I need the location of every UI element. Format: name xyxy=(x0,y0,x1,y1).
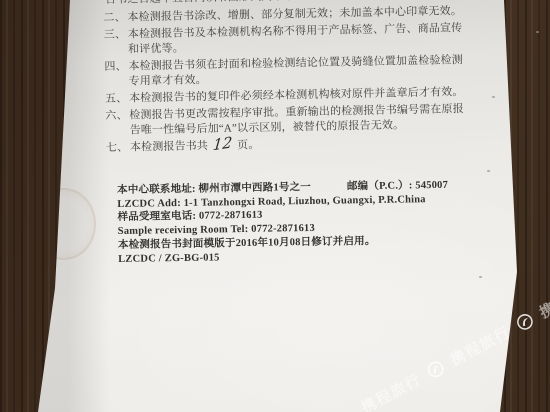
document-body: 告书之日起十五日内以书面形式向本中心质量管理科提出复核申请。 二、 本检测报告书… xyxy=(103,0,486,158)
photo-of-document: 告书之日起十五日内以书面形式向本中心质量管理科提出复核申请。 二、 本检测报告书… xyxy=(0,0,550,412)
item-number: 二、 xyxy=(103,11,127,27)
dust-speck xyxy=(479,276,482,278)
item-number: 五、 xyxy=(105,92,129,108)
dust-speck xyxy=(536,31,539,33)
item-number: 七、 xyxy=(106,141,130,157)
postcode: 邮编（P.C.）: 545007 xyxy=(347,180,448,193)
item-number: 三、 xyxy=(104,28,129,59)
ctrip-dolphin-logo-icon xyxy=(513,310,536,333)
address-cn: 本中心联系地址: 柳州市潭中西路1号之一 xyxy=(117,182,311,196)
contact-block: 本中心联系地址: 柳州市潭中西路1号之一邮编（P.C.）: 545007 LZC… xyxy=(117,178,478,266)
dust-speck xyxy=(492,96,495,98)
watermark-brand-text: 携程旅行 xyxy=(535,273,550,323)
item-text: 本检测报告书及本检测机构名称不得用于产品标签、广告、商品宣传和评优等。 xyxy=(128,21,467,58)
item-number: 四、 xyxy=(104,60,129,91)
item-text: 检测报告书更改需按程序审批。重新输出的检测报告书编号需在原报告唯一性编号后加“A… xyxy=(129,102,468,139)
item-text-after: 页。 xyxy=(237,139,260,151)
item-text: 本检测报告书须在封面和检验检测结论位置及骑缝位置加盖检验检测专用章才有效。 xyxy=(128,53,467,90)
handwritten-page-count: 12 xyxy=(210,137,234,151)
embossed-stamp-circle xyxy=(32,188,96,260)
dust-speck xyxy=(487,170,490,172)
item-number: 六、 xyxy=(105,109,130,140)
item-text-before: 本检测报告书共 xyxy=(130,140,208,153)
